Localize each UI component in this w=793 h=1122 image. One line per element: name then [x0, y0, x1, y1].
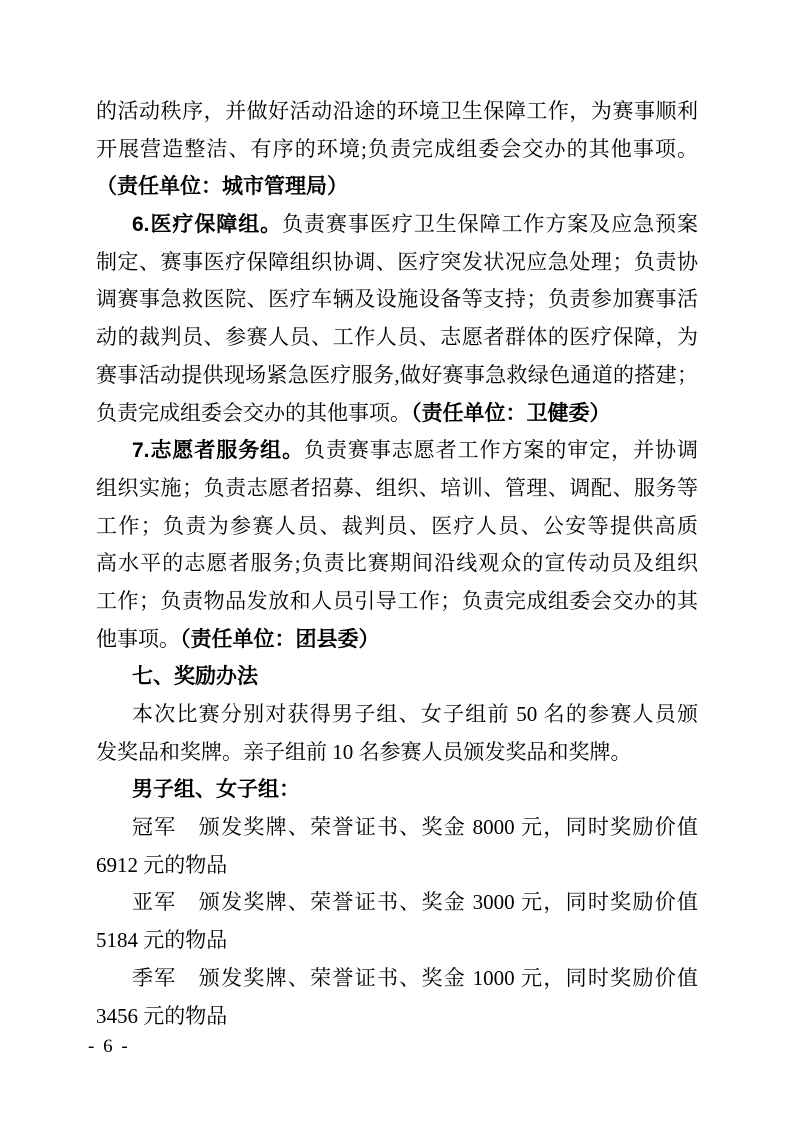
text-line: 他事项。（责任单位：团县委）: [96, 621, 698, 659]
text-line: 工作；负责为参赛人员、裁判员、医疗人员、公安等提供高质量、: [96, 508, 698, 546]
text-run: 季军 颁发奖牌、荣誉证书、奖金 1000 元，同时奖励价值: [132, 966, 698, 990]
text-run: 5184 元的物品: [96, 928, 227, 952]
text-line: 冠军 颁发奖牌、荣誉证书、奖金 8000 元，同时奖励价值: [96, 809, 698, 847]
document-body: 的活动秩序，并做好活动沿途的环境卫生保障工作，为赛事顺利开展营造整洁、有序的环境…: [96, 93, 698, 1035]
text-line: 高水平的志愿者服务;负责比赛期间沿线观众的宣传动员及组织: [96, 545, 698, 583]
bold-text-run: （责任单位：城市管理局）: [96, 175, 348, 198]
text-run: 3456 元的物品: [96, 1004, 227, 1028]
text-line: 赛事活动提供现场紧急医疗服务,做好赛事急救绿色通道的搭建；: [96, 357, 698, 395]
bold-text-run: 6.医疗保障组。: [132, 213, 282, 236]
text-line: 组织实施；负责志愿者招募、组织、培训、管理、调配、服务等: [96, 470, 698, 508]
text-run: 负责赛事志愿者工作方案的审定，并协调: [304, 438, 698, 462]
bold-text-run: （责任单位：团县委）: [180, 628, 380, 651]
text-line: 5184 元的物品: [96, 922, 698, 960]
text-line: 季军 颁发奖牌、荣誉证书、奖金 1000 元，同时奖励价值: [96, 960, 698, 998]
text-line: 开展营造整洁、有序的环境;负责完成组委会交办的其他事项。: [96, 131, 698, 169]
text-run: 负责赛事医疗卫生保障工作方案及应急预案: [282, 212, 698, 236]
text-run: 6912 元的物品: [96, 853, 227, 877]
bold-text-run: 七、奖励办法: [132, 665, 258, 688]
text-run: 亚军 颁发奖牌、荣誉证书、奖金 3000 元，同时奖励价值: [132, 890, 698, 914]
text-line: 制定、赛事医疗保障组织协调、医疗突发状况应急处理；负责协: [96, 244, 698, 282]
text-run: 高水平的志愿者服务;负责比赛期间沿线观众的宣传动员及组织: [96, 551, 698, 575]
bold-text-run: 7.志愿者服务组。: [132, 439, 304, 462]
text-line: 动的裁判员、参赛人员、工作人员、志愿者群体的医疗保障，为: [96, 319, 698, 357]
page-number: - 6 -: [88, 1036, 130, 1058]
bold-text-run: （责任单位：卫健委）: [411, 402, 611, 425]
text-run: 本次比赛分别对获得男子组、女子组前 50 名的参赛人员颁: [132, 702, 698, 726]
text-line: 七、奖励办法: [96, 658, 698, 696]
text-line: 6912 元的物品: [96, 847, 698, 885]
text-run: 动的裁判员、参赛人员、工作人员、志愿者群体的医疗保障，为: [96, 325, 698, 349]
text-line: （责任单位：城市管理局）: [96, 168, 698, 206]
text-run: 的活动秩序，并做好活动沿途的环境卫生保障工作，为赛事顺利: [96, 99, 698, 123]
text-run: 冠军 颁发奖牌、荣誉证书、奖金 8000 元，同时奖励价值: [132, 815, 698, 839]
text-line: 负责完成组委会交办的其他事项。（责任单位：卫健委）: [96, 395, 698, 433]
text-run: 负责完成组委会交办的其他事项。: [96, 401, 411, 425]
text-line: 的活动秩序，并做好活动沿途的环境卫生保障工作，为赛事顺利: [96, 93, 698, 131]
text-line: 工作；负责物品发放和人员引导工作；负责完成组委会交办的其: [96, 583, 698, 621]
text-run: 组织实施；负责志愿者招募、组织、培训、管理、调配、服务等: [96, 476, 698, 500]
text-line: 7.志愿者服务组。负责赛事志愿者工作方案的审定，并协调: [96, 432, 698, 470]
text-line: 调赛事急救医院、医疗车辆及设施设备等支持；负责参加赛事活: [96, 281, 698, 319]
text-line: 发奖品和奖牌。亲子组前 10 名参赛人员颁发奖品和奖牌。: [96, 734, 698, 772]
text-line: 男子组、女子组：: [96, 771, 698, 809]
text-run: 发奖品和奖牌。亲子组前 10 名参赛人员颁发奖品和奖牌。: [96, 740, 632, 764]
document-page: 的活动秩序，并做好活动沿途的环境卫生保障工作，为赛事顺利开展营造整洁、有序的环境…: [0, 0, 793, 1122]
text-run: 工作；负责为参赛人员、裁判员、医疗人员、公安等提供高质量、: [96, 514, 698, 546]
text-line: 亚军 颁发奖牌、荣誉证书、奖金 3000 元，同时奖励价值: [96, 884, 698, 922]
text-line: 6.医疗保障组。负责赛事医疗卫生保障工作方案及应急预案: [96, 206, 698, 244]
text-run: 开展营造整洁、有序的环境;负责完成组委会交办的其他事项。: [96, 137, 698, 161]
text-run: 工作；负责物品发放和人员引导工作；负责完成组委会交办的其: [96, 589, 698, 613]
text-line: 本次比赛分别对获得男子组、女子组前 50 名的参赛人员颁: [96, 696, 698, 734]
text-run: 他事项。: [96, 627, 180, 651]
text-run: 调赛事急救医院、医疗车辆及设施设备等支持；负责参加赛事活: [96, 287, 698, 311]
text-line: 3456 元的物品: [96, 998, 698, 1036]
text-run: 制定、赛事医疗保障组织协调、医疗突发状况应急处理；负责协: [96, 250, 698, 274]
bold-text-run: 男子组、女子组：: [132, 778, 300, 801]
text-run: 赛事活动提供现场紧急医疗服务,做好赛事急救绿色通道的搭建；: [96, 363, 698, 387]
